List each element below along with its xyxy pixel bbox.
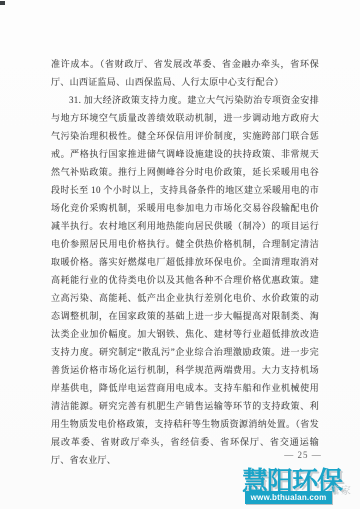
- paragraph-continuation: 准许成本。（省财政厅、省发展改革委、省金融办牵头，省环保厅、山西证监局、山西保监…: [51, 55, 319, 91]
- page-number: — 25 —: [258, 450, 348, 460]
- watermark-url-text: www.bthualan.com: [245, 491, 332, 504]
- watermark-faint-text: 管家: [330, 482, 352, 497]
- body-text: 准许成本。（省财政厅、省发展改革委、省金融办牵头，省环保厅、山西证监局、山西保监…: [51, 55, 319, 469]
- watermark-url-bar: www.bthualan.com: [245, 491, 332, 504]
- paragraph-item-31: 31. 加大经济政策支持力度。建立大气污染防治专项资金安排与地方环境空气质量改善…: [51, 91, 319, 469]
- scan-artifact: [0, 1, 5, 5]
- document-page: 准许成本。（省财政厅、省发展改革委、省金融办牵头，省环保厅、山西证监局、山西保监…: [0, 0, 360, 509]
